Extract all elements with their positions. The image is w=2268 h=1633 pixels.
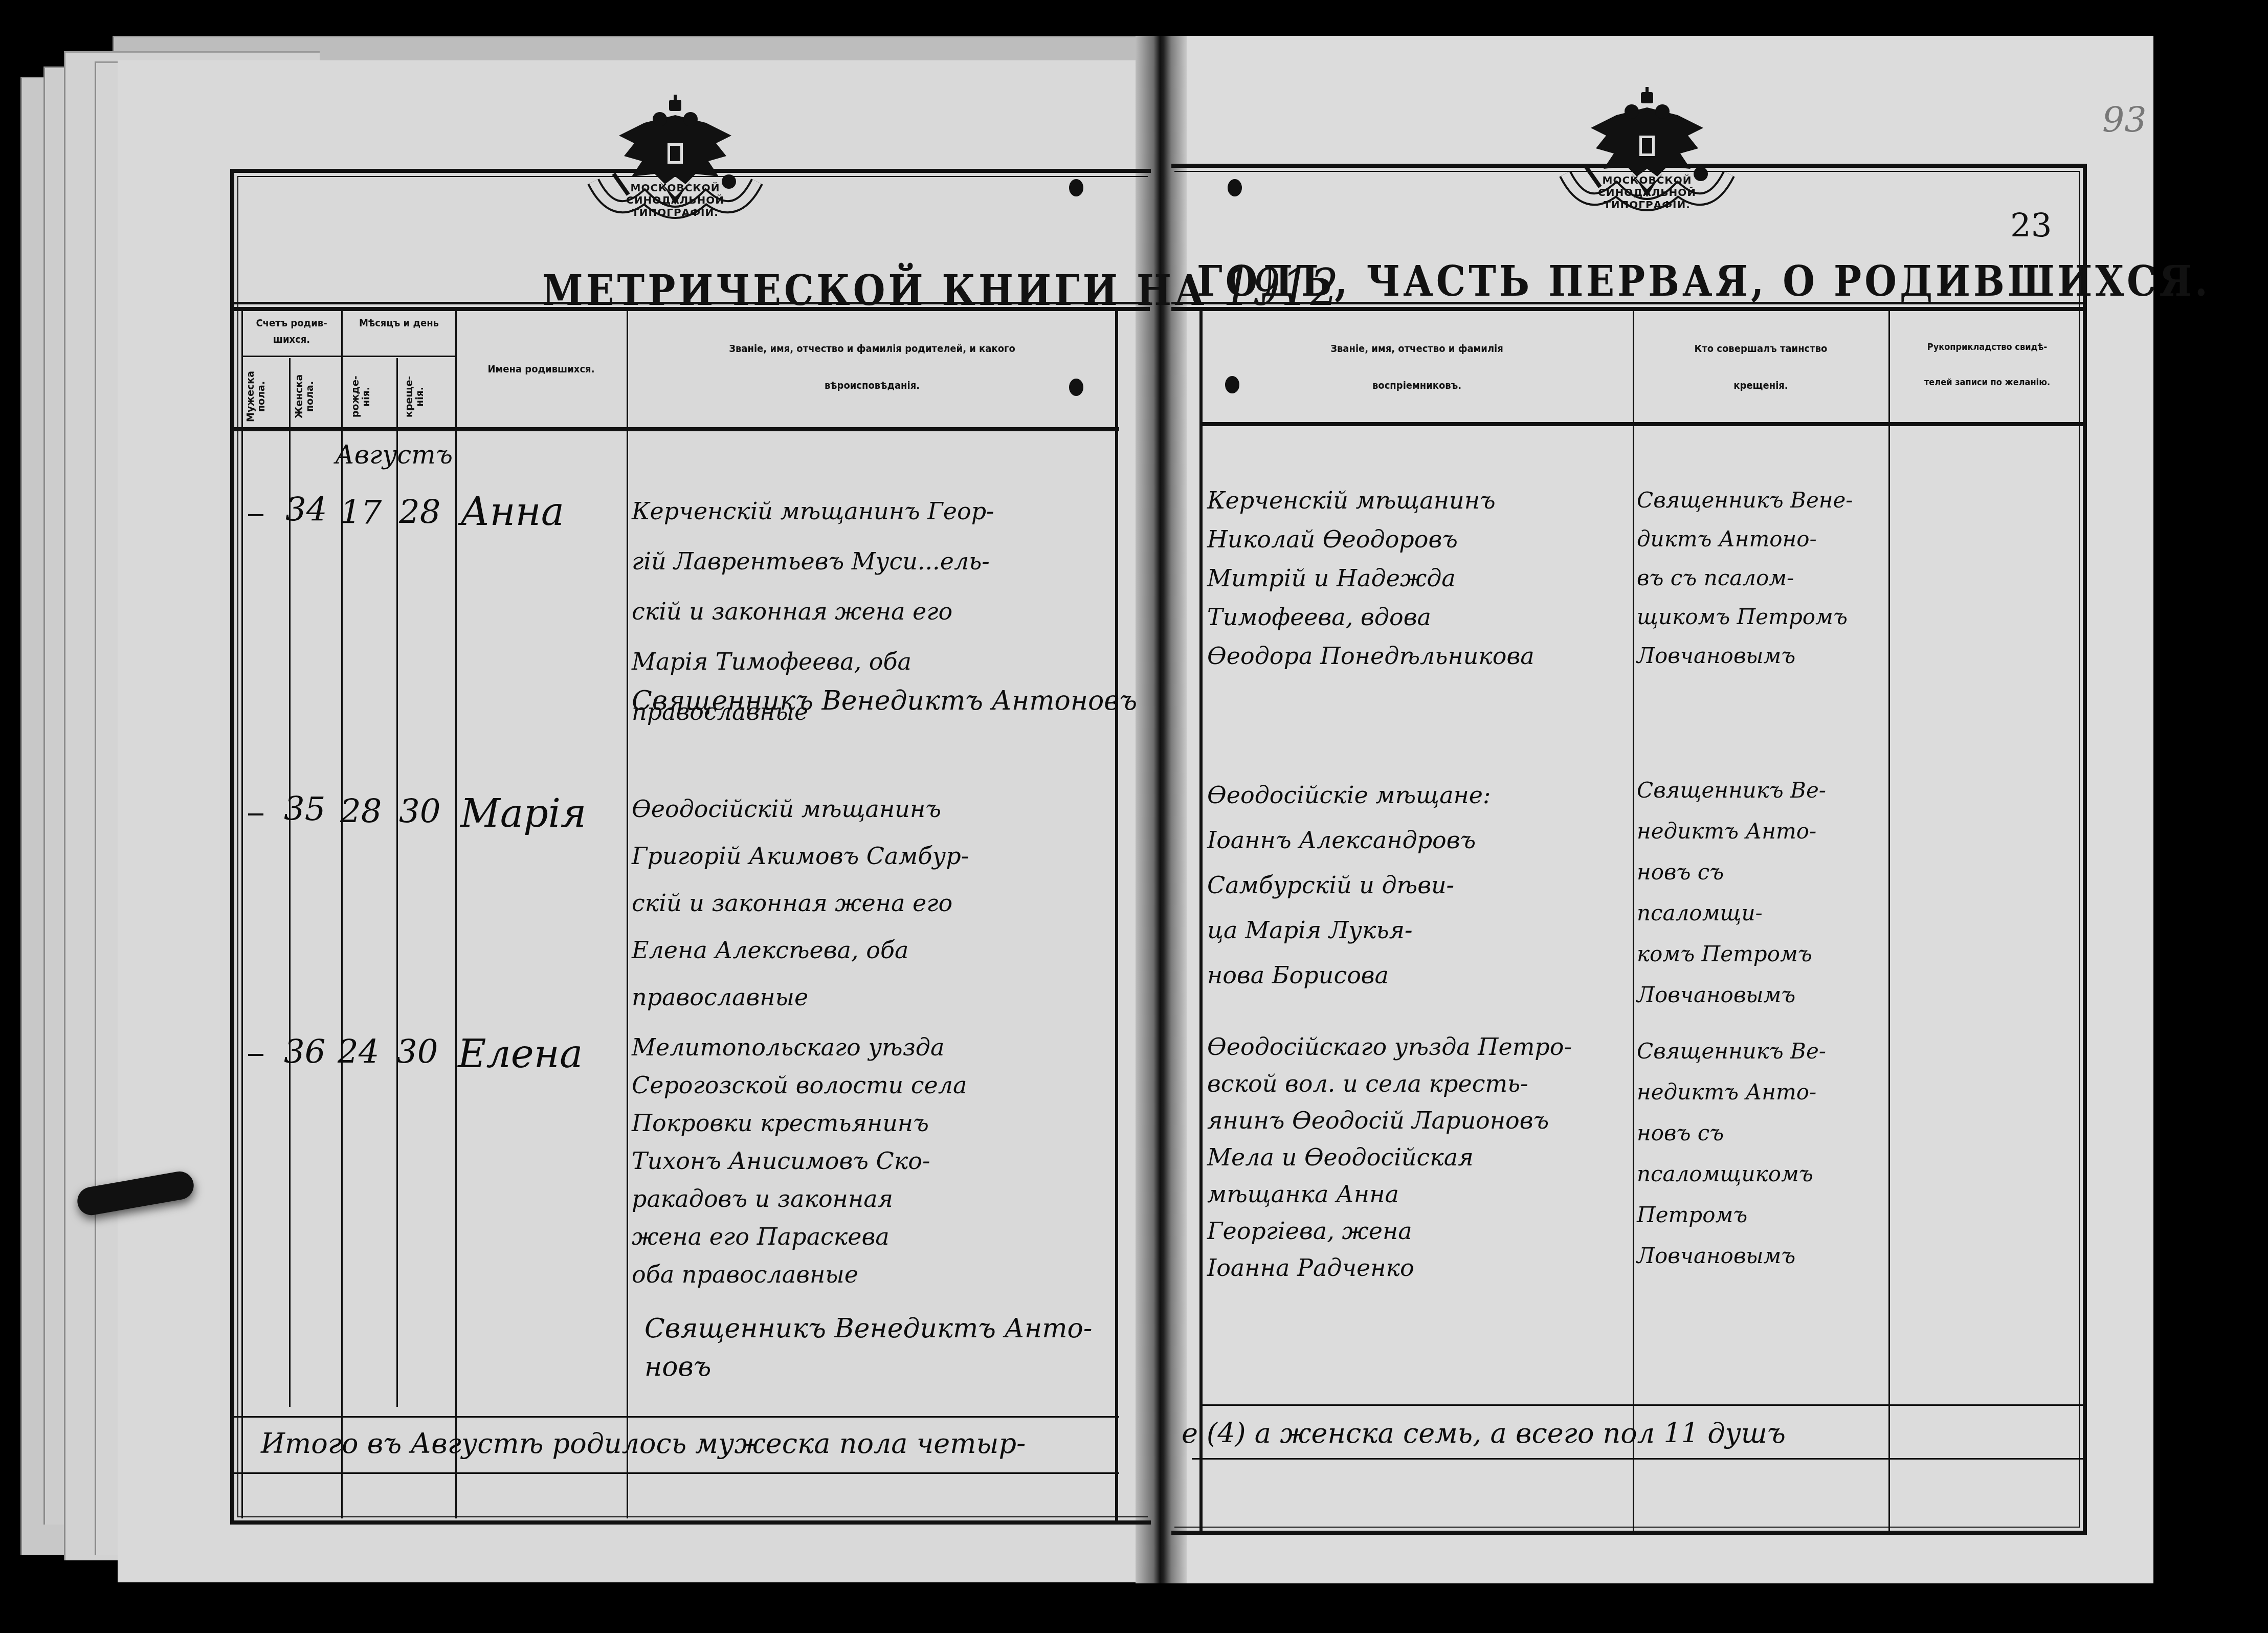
header-officiant: Кто совершалъ таинство крещенія. bbox=[1634, 340, 1887, 393]
printer-ribbon-text: МОСКОВСКОЙ СИНОДАЛЬНОЙ ТИПОГРАФІИ. bbox=[583, 182, 767, 218]
entry-baptism-day: 30 bbox=[396, 1033, 438, 1071]
entry-priest-signature: Священникъ Венедиктъ Анто- новъ bbox=[644, 1310, 1092, 1386]
entry-female-count: 34 bbox=[285, 491, 327, 529]
header-baptism-date: креще-нія. bbox=[404, 368, 445, 425]
entry-godparents: Өеодосійскаго уѣзда Петро- вской вол. и … bbox=[1207, 1028, 1572, 1286]
header-female-count: Женска пола. bbox=[294, 368, 335, 425]
male-count-dash bbox=[248, 1054, 263, 1056]
entry-female-count: 36 bbox=[284, 1033, 325, 1071]
subheader-line bbox=[241, 356, 455, 357]
stitched-margin-line-left bbox=[1115, 307, 1118, 1525]
entry-child-name: Елена bbox=[458, 1031, 583, 1076]
header-witness-line1: Рукоприкладство свидѣ- bbox=[1890, 340, 2084, 355]
header-witness-line2: телей записи по желанію. bbox=[1890, 376, 2084, 390]
summary-top-rule bbox=[1202, 1404, 2087, 1406]
header-male-count: Мужеска пола. bbox=[246, 368, 286, 425]
summary-left: Итого въ Августѣ родилось мужеска пола ч… bbox=[261, 1427, 1026, 1460]
column-line bbox=[241, 311, 243, 1518]
printer-ribbon-text: МОСКОВСКОЙ СИНОДАЛЬНОЙ ТИПОГРАФІИ. bbox=[1555, 174, 1739, 211]
header-birth-count: Счетъ родив-шихся. bbox=[243, 315, 340, 347]
entry-officiant: Священникъ Ве- недиктъ Анто- новъ съ пса… bbox=[1637, 1031, 1826, 1276]
stitched-margin-line-right bbox=[1199, 307, 1203, 1535]
column-line bbox=[1633, 311, 1634, 1534]
entry-birth-day: 24 bbox=[338, 1033, 379, 1071]
header-officiant-line2: крещенія. bbox=[1634, 377, 1887, 393]
entry-officiant: Священникъ Ве- недиктъ Анто- новъ съ пса… bbox=[1637, 770, 1826, 1016]
entry-officiant: Священникъ Вене- диктъ Антоно- въ съ пса… bbox=[1637, 481, 1853, 675]
entry-birth-day: 17 bbox=[340, 494, 382, 532]
header-month-day: Мѣсяцъ и день bbox=[343, 315, 455, 331]
entry-parents: Мелитопольскаго уѣзда Серогозской волост… bbox=[632, 1028, 967, 1293]
month-label: Августъ bbox=[335, 440, 453, 470]
entry-female-count: 35 bbox=[284, 790, 325, 828]
header-double-rule-right bbox=[1171, 302, 2087, 311]
header-bottom-rule bbox=[234, 427, 1119, 431]
column-line bbox=[627, 311, 628, 1518]
entry-child-name: Анна bbox=[460, 489, 564, 534]
header-witness-signatures: Рукоприкладство свидѣ- телей записи по ж… bbox=[1890, 340, 2084, 390]
male-count-dash bbox=[248, 813, 263, 815]
column-line bbox=[341, 311, 343, 1518]
entry-baptism-day: 28 bbox=[399, 494, 440, 532]
entry-baptism-day: 30 bbox=[399, 793, 440, 831]
pencil-folio-number: 93 bbox=[2102, 100, 2147, 140]
binding-hole bbox=[1069, 179, 1083, 196]
entry-birth-day: 28 bbox=[340, 793, 382, 831]
entry-parents: Өеодосійскій мѣщанинъ Григорій Акимовъ С… bbox=[632, 785, 969, 1021]
entry-priest-signature: Священникъ Венедиктъ Антоновъ bbox=[632, 686, 1137, 716]
binding-hole bbox=[1228, 179, 1242, 196]
header-godparents: Званіе, имя, отчество и фамилія воспріем… bbox=[1202, 340, 1632, 393]
entry-godparents: Керченскій мѣщанинъ Николай Өеодоровъ Ми… bbox=[1207, 481, 1535, 675]
header-godparents-line2: воспріемниковъ. bbox=[1202, 377, 1632, 393]
male-count-dash bbox=[248, 514, 263, 516]
header-bottom-rule bbox=[1202, 422, 2087, 426]
header-parents-line2: вѣроисповѣданія. bbox=[629, 377, 1115, 393]
header-birth-date: рожде-нія. bbox=[350, 368, 391, 425]
entry-godparents: Өеодосійскіе мѣщане: Іоаннъ Александровъ… bbox=[1207, 773, 1491, 998]
entry-child-name: Марія bbox=[460, 790, 586, 836]
header-parents-line1: Званіе, имя, отчество и фамилія родителе… bbox=[629, 340, 1115, 357]
header-parents: Званіе, имя, отчество и фамилія родителе… bbox=[629, 340, 1115, 393]
header-officiant-line1: Кто совершалъ таинство bbox=[1634, 340, 1887, 357]
right-page-title: ГОДЪ, ЧАСТЬ ПЕРВАЯ, О РОДИВШИХСЯ. bbox=[1197, 256, 2211, 306]
column-line bbox=[1888, 311, 1890, 1534]
printed-page-number: 23 bbox=[2010, 207, 2052, 245]
summary-bottom-rule bbox=[234, 1472, 1119, 1474]
header-child-names: Имена родившихся. bbox=[457, 361, 626, 377]
imperial-eagle-emblem-right: МОСКОВСКОЙ СИНОДАЛЬНОЙ ТИПОГРАФІИ. bbox=[1555, 87, 1739, 215]
summary-bottom-rule bbox=[1192, 1458, 2087, 1460]
summary-right: е (4) а женска семь, а всего пол 11 душъ bbox=[1182, 1417, 1786, 1449]
column-line bbox=[455, 311, 457, 1518]
column-line bbox=[396, 358, 398, 1407]
header-double-rule-left bbox=[234, 302, 1150, 311]
summary-top-rule bbox=[234, 1416, 1119, 1418]
imperial-eagle-emblem-left: МОСКОВСКОЙ СИНОДАЛЬНОЙ ТИПОГРАФІИ. bbox=[583, 95, 767, 223]
header-godparents-line1: Званіе, имя, отчество и фамилія bbox=[1202, 340, 1632, 357]
